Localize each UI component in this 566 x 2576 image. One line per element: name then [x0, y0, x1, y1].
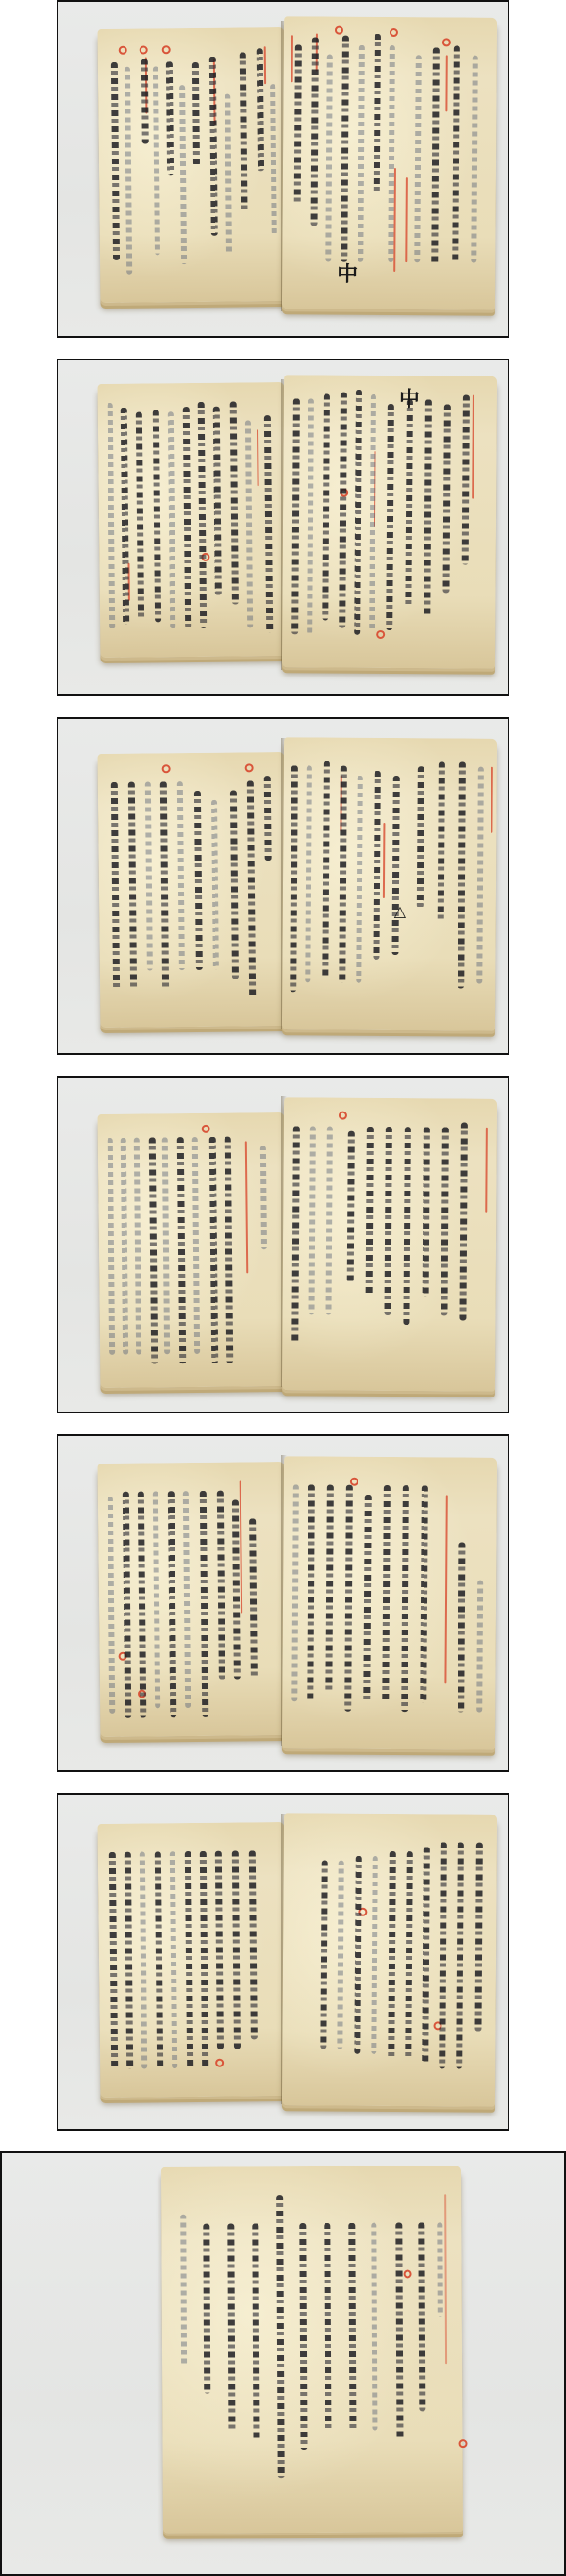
photo-frame-7[interactable]: Photo 7 [0, 2151, 566, 2576]
photo-frame-3[interactable]: Photo 3 △ [57, 717, 509, 1055]
photo-frame-2[interactable]: Photo 2 中 [57, 359, 509, 696]
ink-glyph: 中 [337, 264, 358, 285]
manuscript-left-page [97, 1822, 287, 2098]
manuscript-left-page [97, 382, 287, 658]
manuscript-right-page: △ [282, 737, 497, 1031]
manuscript-right-page [282, 1097, 497, 1392]
manuscript-cover-page [161, 2166, 463, 2534]
manuscript-left-page [97, 752, 287, 1028]
photo-frame-1[interactable]: Photo 1 [57, 0, 509, 338]
triangle-glyph: △ [394, 904, 406, 919]
photo-frame-5[interactable]: Photo 5 [57, 1434, 509, 1772]
manuscript-right-page [282, 1456, 497, 1750]
ink-glyph: 中 [399, 389, 420, 410]
manuscript-left-page [97, 27, 287, 303]
photo-frame-6[interactable]: Photo 6 [57, 1793, 509, 2131]
manuscript-left-page [97, 1462, 287, 1737]
manuscript-right-page [282, 1813, 497, 2107]
manuscript-right-page: 中 [282, 16, 497, 310]
manuscript-left-page [97, 1112, 287, 1388]
photo-frame-4[interactable]: Photo 4 [57, 1076, 509, 1413]
manuscript-right-page: 中 [282, 375, 497, 669]
